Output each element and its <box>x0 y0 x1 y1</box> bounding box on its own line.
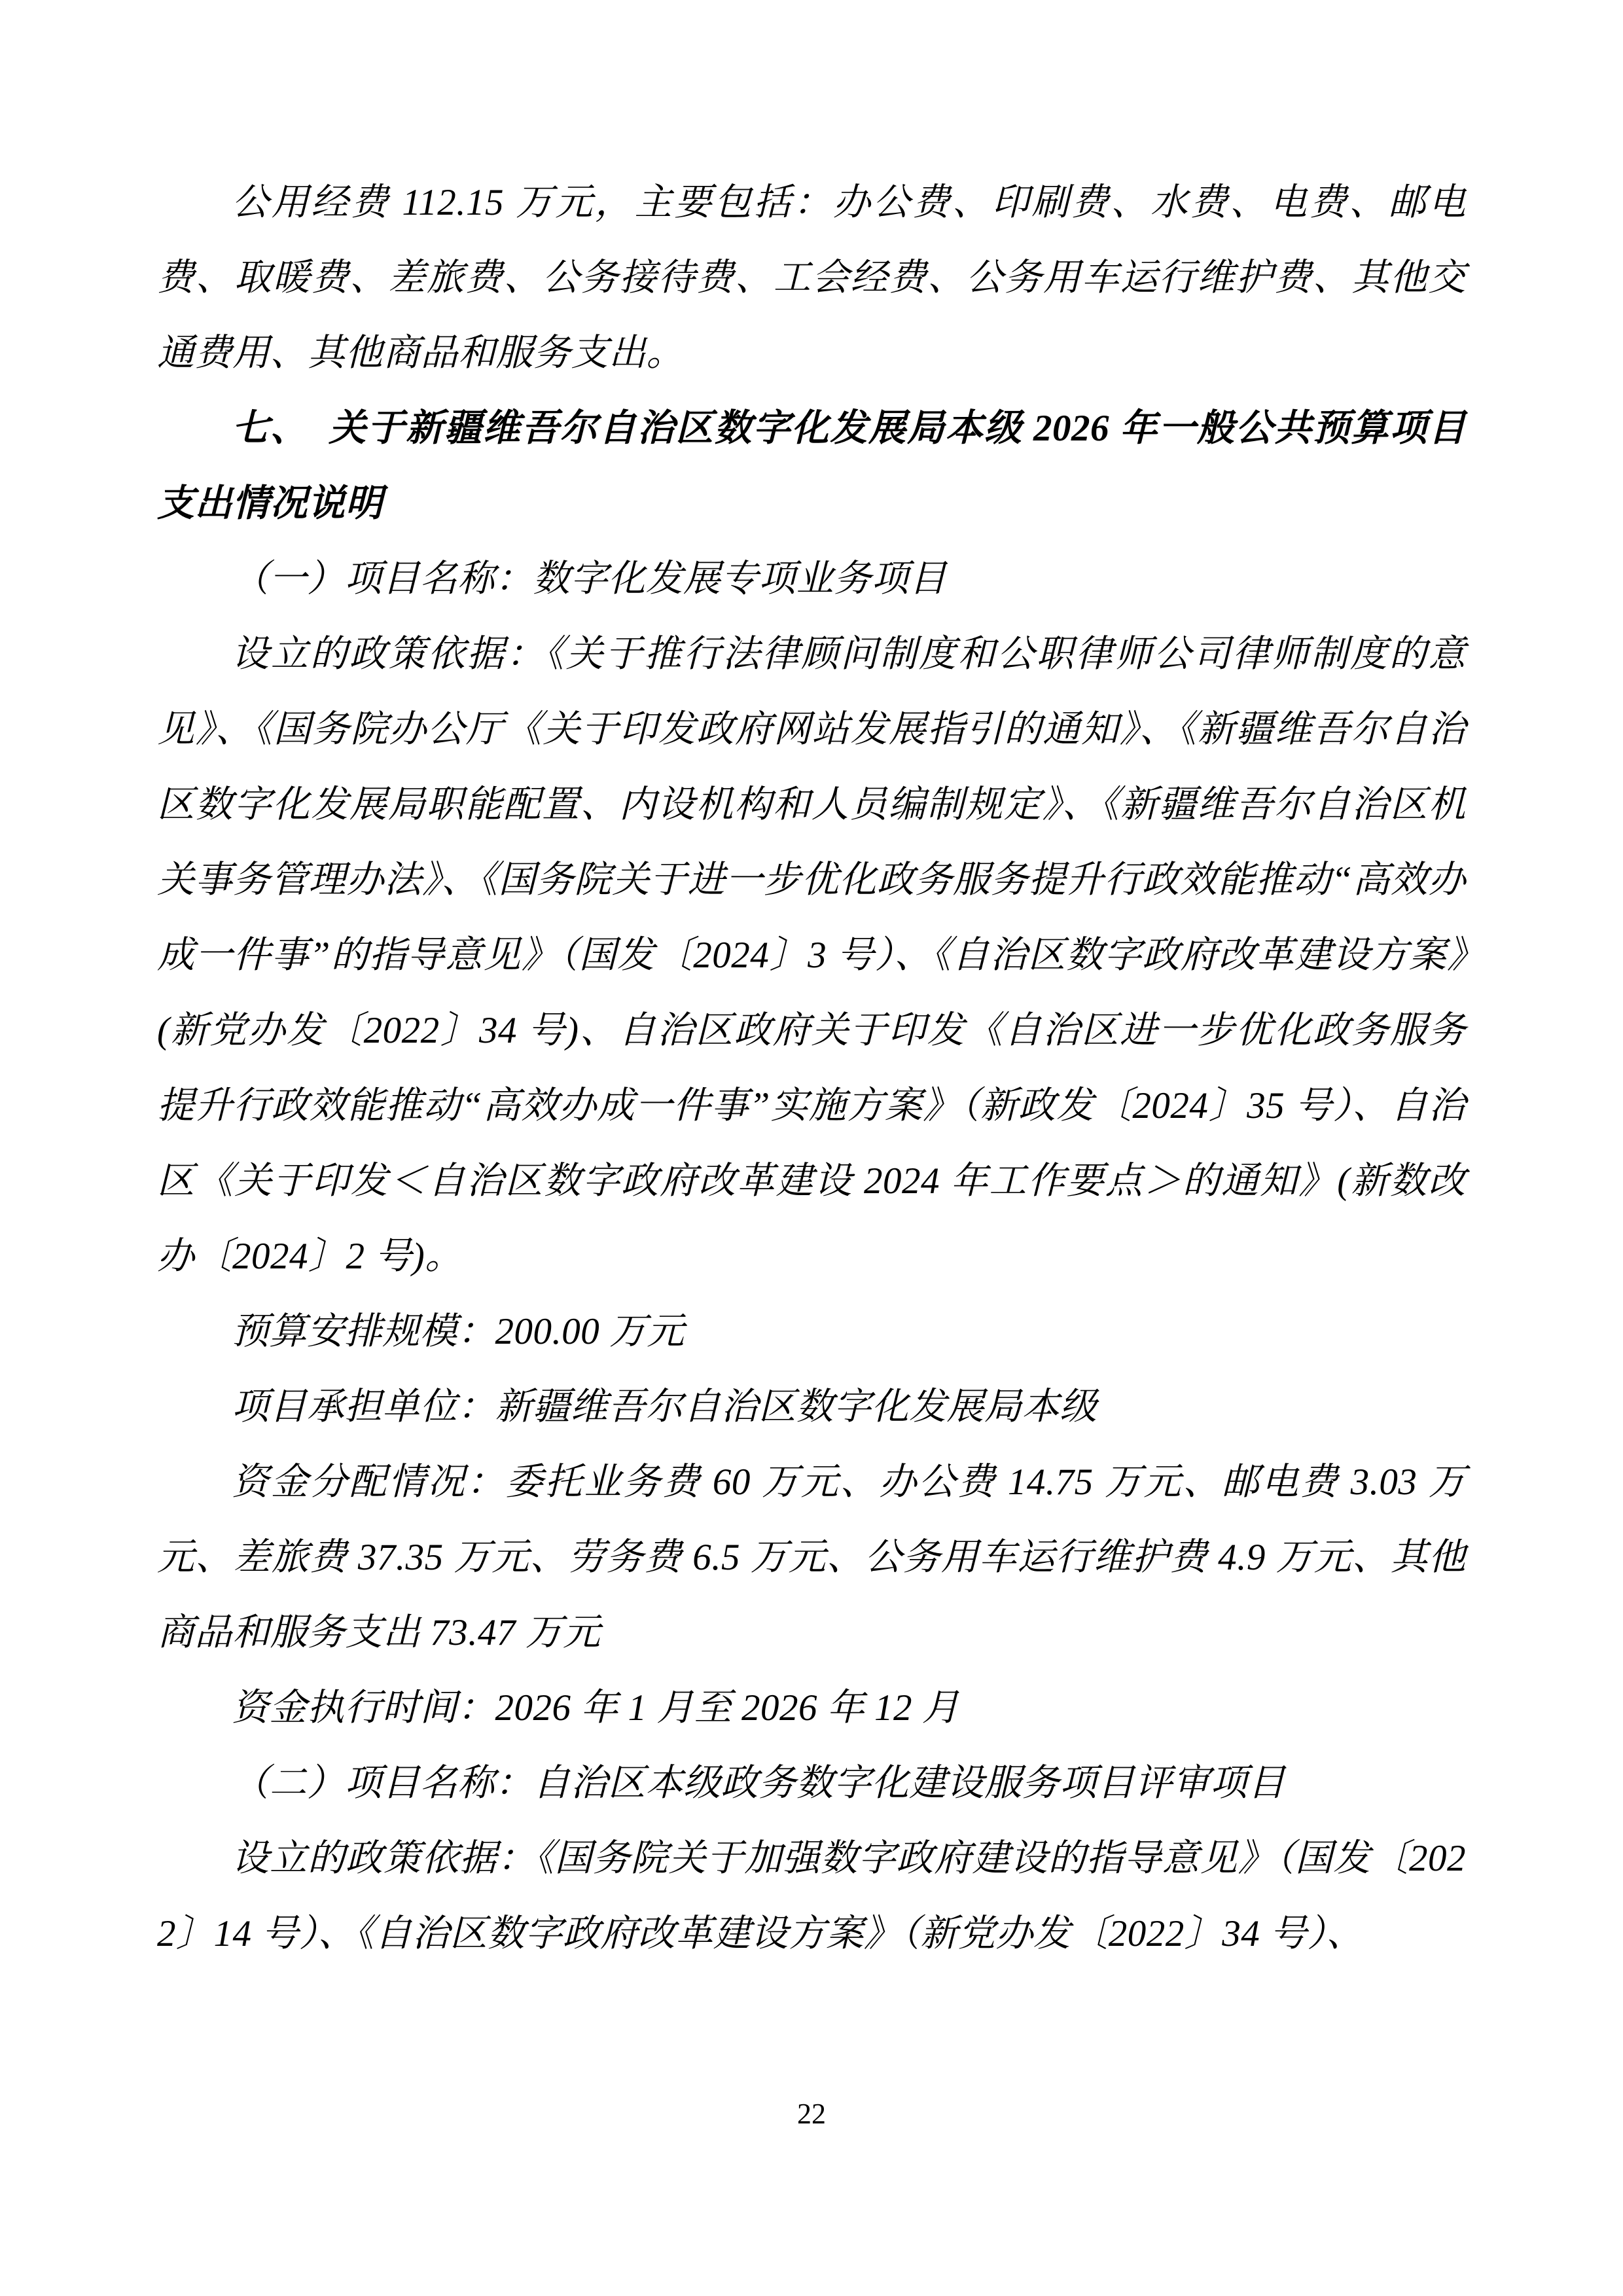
document-page: 公用经费 112.15 万元，主要包括：办公费、印刷费、水费、电费、邮电费、取暖… <box>0 0 1623 2296</box>
paragraph-project1-name: （一）项目名称：数字化发展专项业务项目 <box>157 541 1466 617</box>
paragraph-project1-policy-basis: 设立的政策依据：《关于推行法律顾问制度和公职律师公司律师制度的意见》、《国务院办… <box>157 617 1466 1294</box>
paragraph-project1-execution-period: 资金执行时间：2026 年 1 月至 2026 年 12 月 <box>157 1670 1466 1746</box>
paragraph-project1-budget-scale: 预算安排规模：200.00 万元 <box>157 1294 1466 1369</box>
paragraph-project2-name: （二）项目名称：自治区本级政务数字化建设服务项目评审项目 <box>157 1746 1466 1821</box>
page-number: 22 <box>0 2100 1623 2128</box>
paragraph-public-funds: 公用经费 112.15 万元，主要包括：办公费、印刷费、水费、电费、邮电费、取暖… <box>157 165 1466 391</box>
paragraph-project1-fund-allocation: 资金分配情况：委托业务费 60 万元、办公费 14.75 万元、邮电费 3.03… <box>157 1444 1466 1670</box>
document-body: 公用经费 112.15 万元，主要包括：办公费、印刷费、水费、电费、邮电费、取暖… <box>157 165 1466 1971</box>
paragraph-project1-undertaker: 项目承担单位：新疆维吾尔自治区数字化发展局本级 <box>157 1369 1466 1444</box>
paragraph-project2-policy-basis: 设立的政策依据：《国务院关于加强数字政府建设的指导意见》（国发〔2022〕14 … <box>157 1821 1466 1971</box>
section-heading: 七、 关于新疆维吾尔自治区数字化发展局本级 2026 年一般公共预算项目支出情况… <box>157 391 1466 541</box>
